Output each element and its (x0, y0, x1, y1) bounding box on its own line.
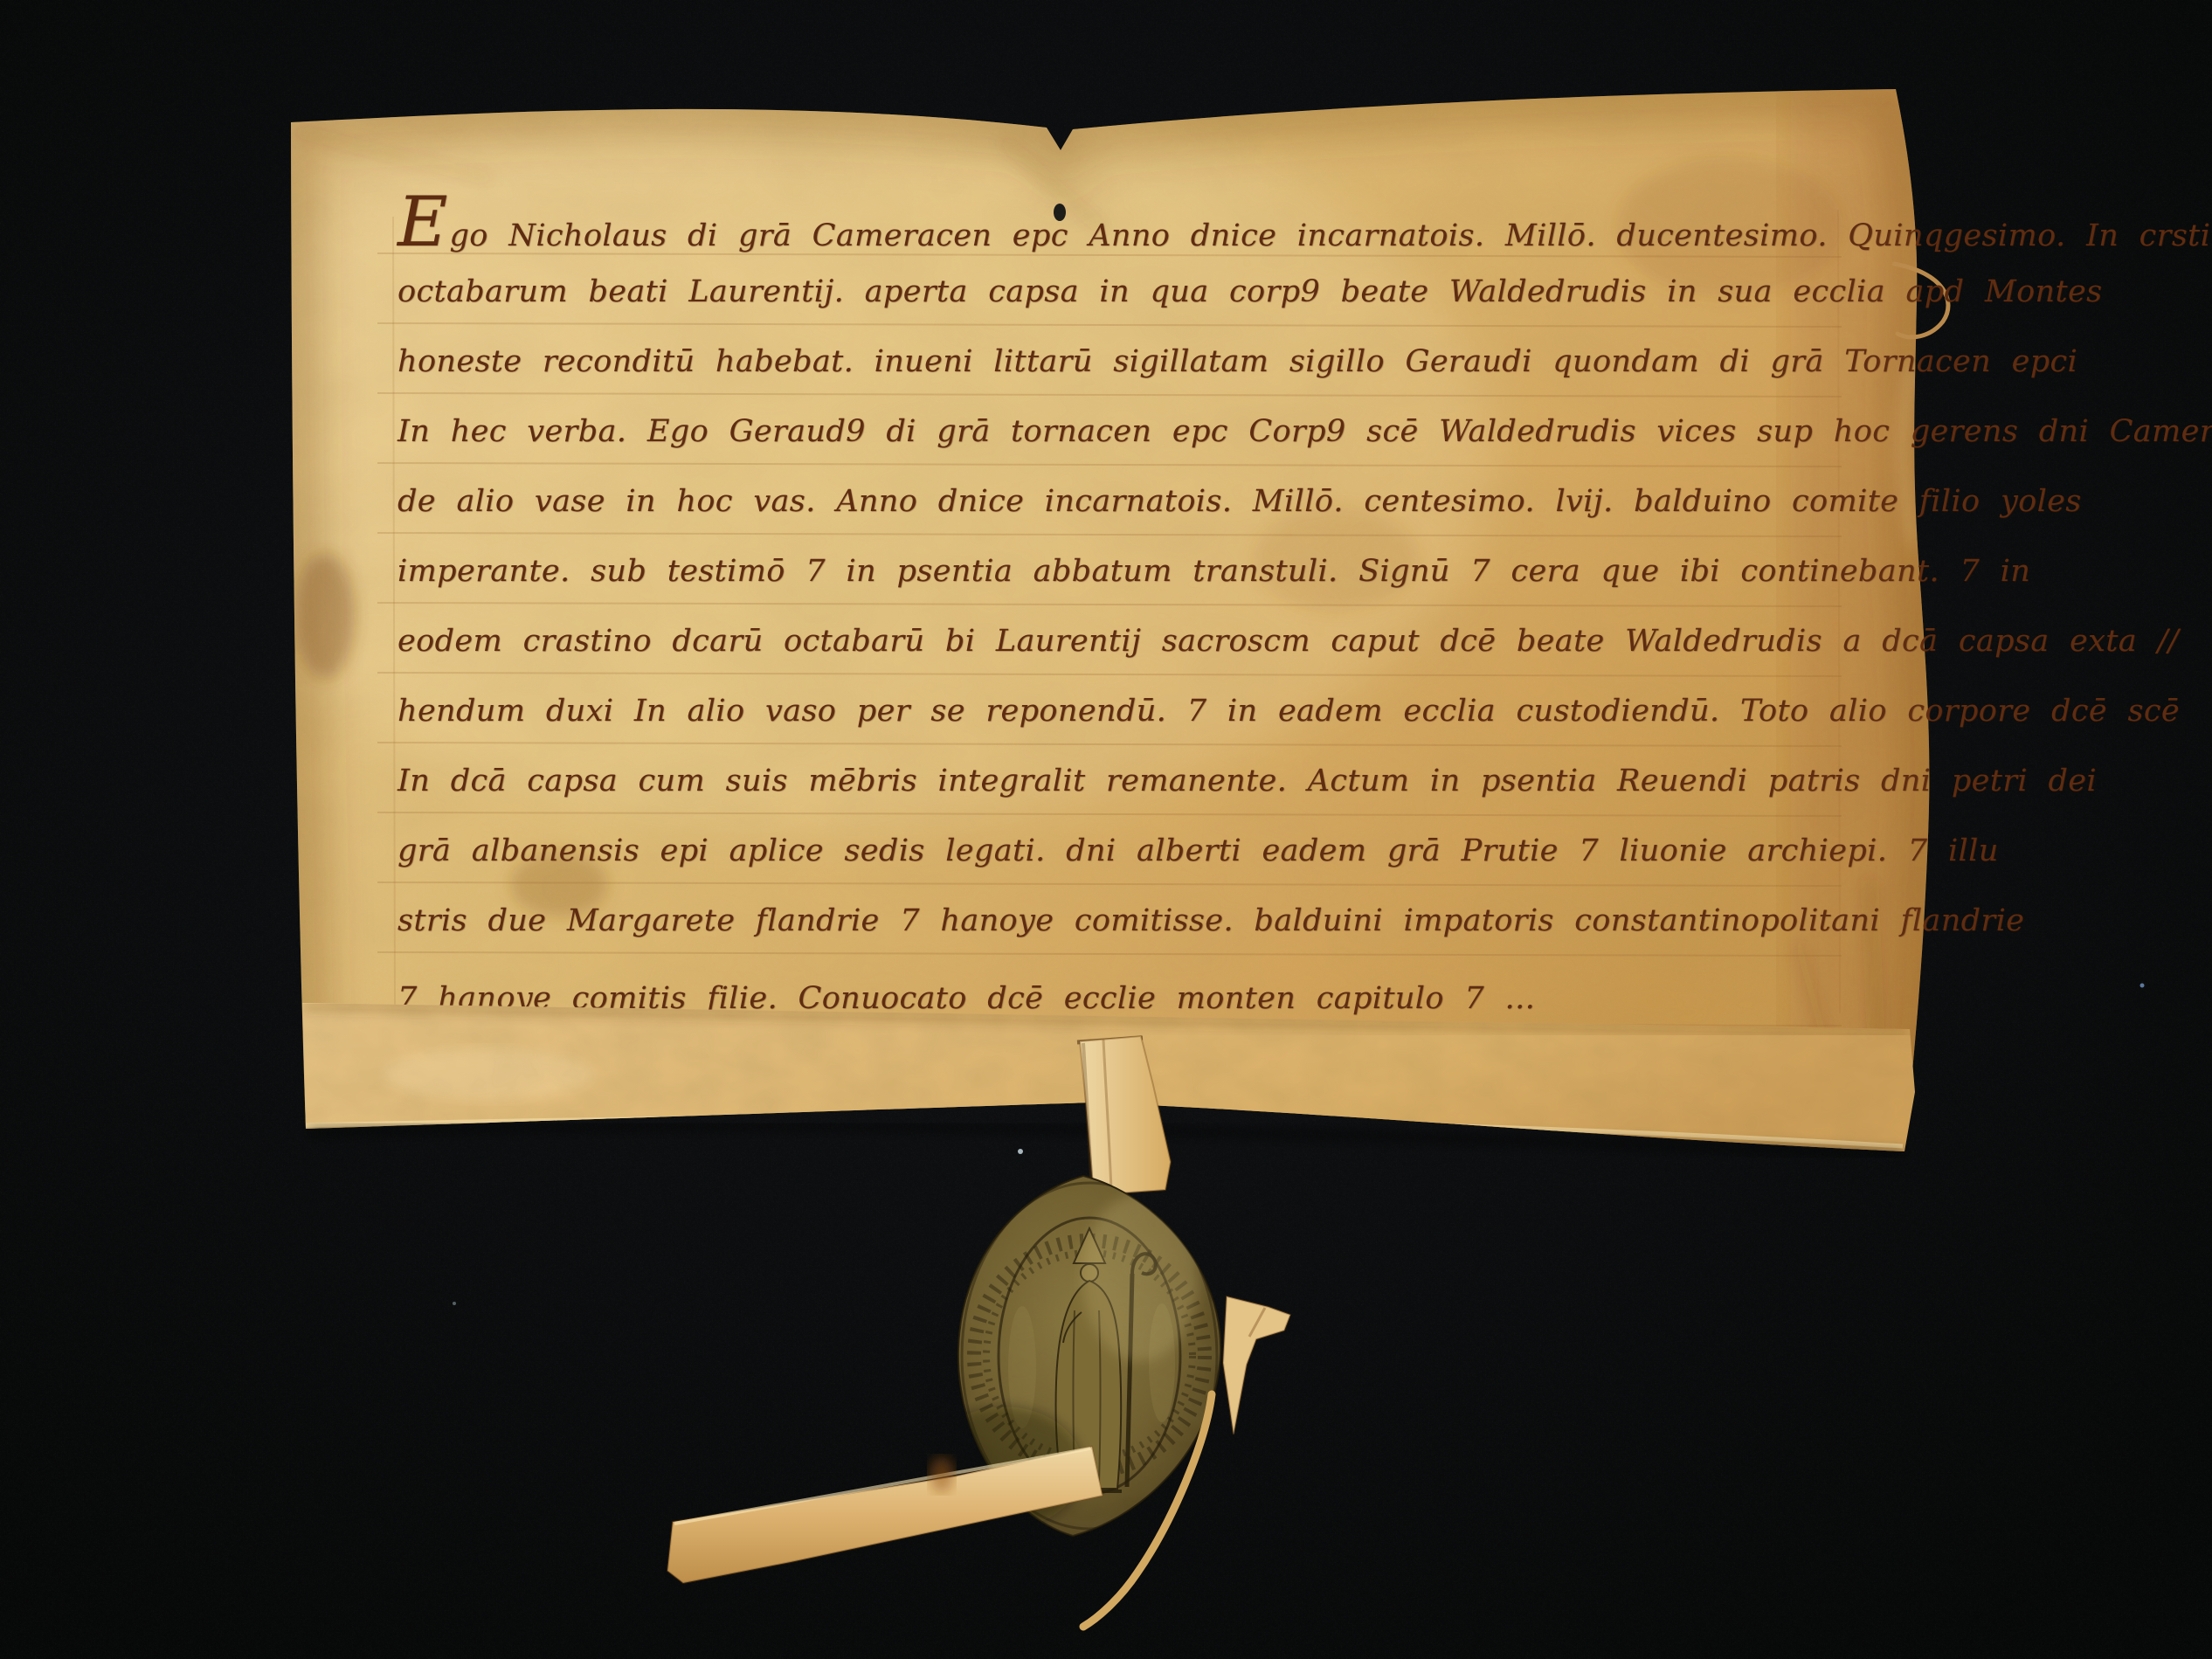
parchment-strip-right (1223, 1296, 1290, 1434)
strip-stain (930, 1457, 954, 1492)
seal-layer (0, 0, 2212, 1659)
photo-canvas: Ego Nicholaus di grā Cameracen epc Anno … (0, 0, 2212, 1659)
